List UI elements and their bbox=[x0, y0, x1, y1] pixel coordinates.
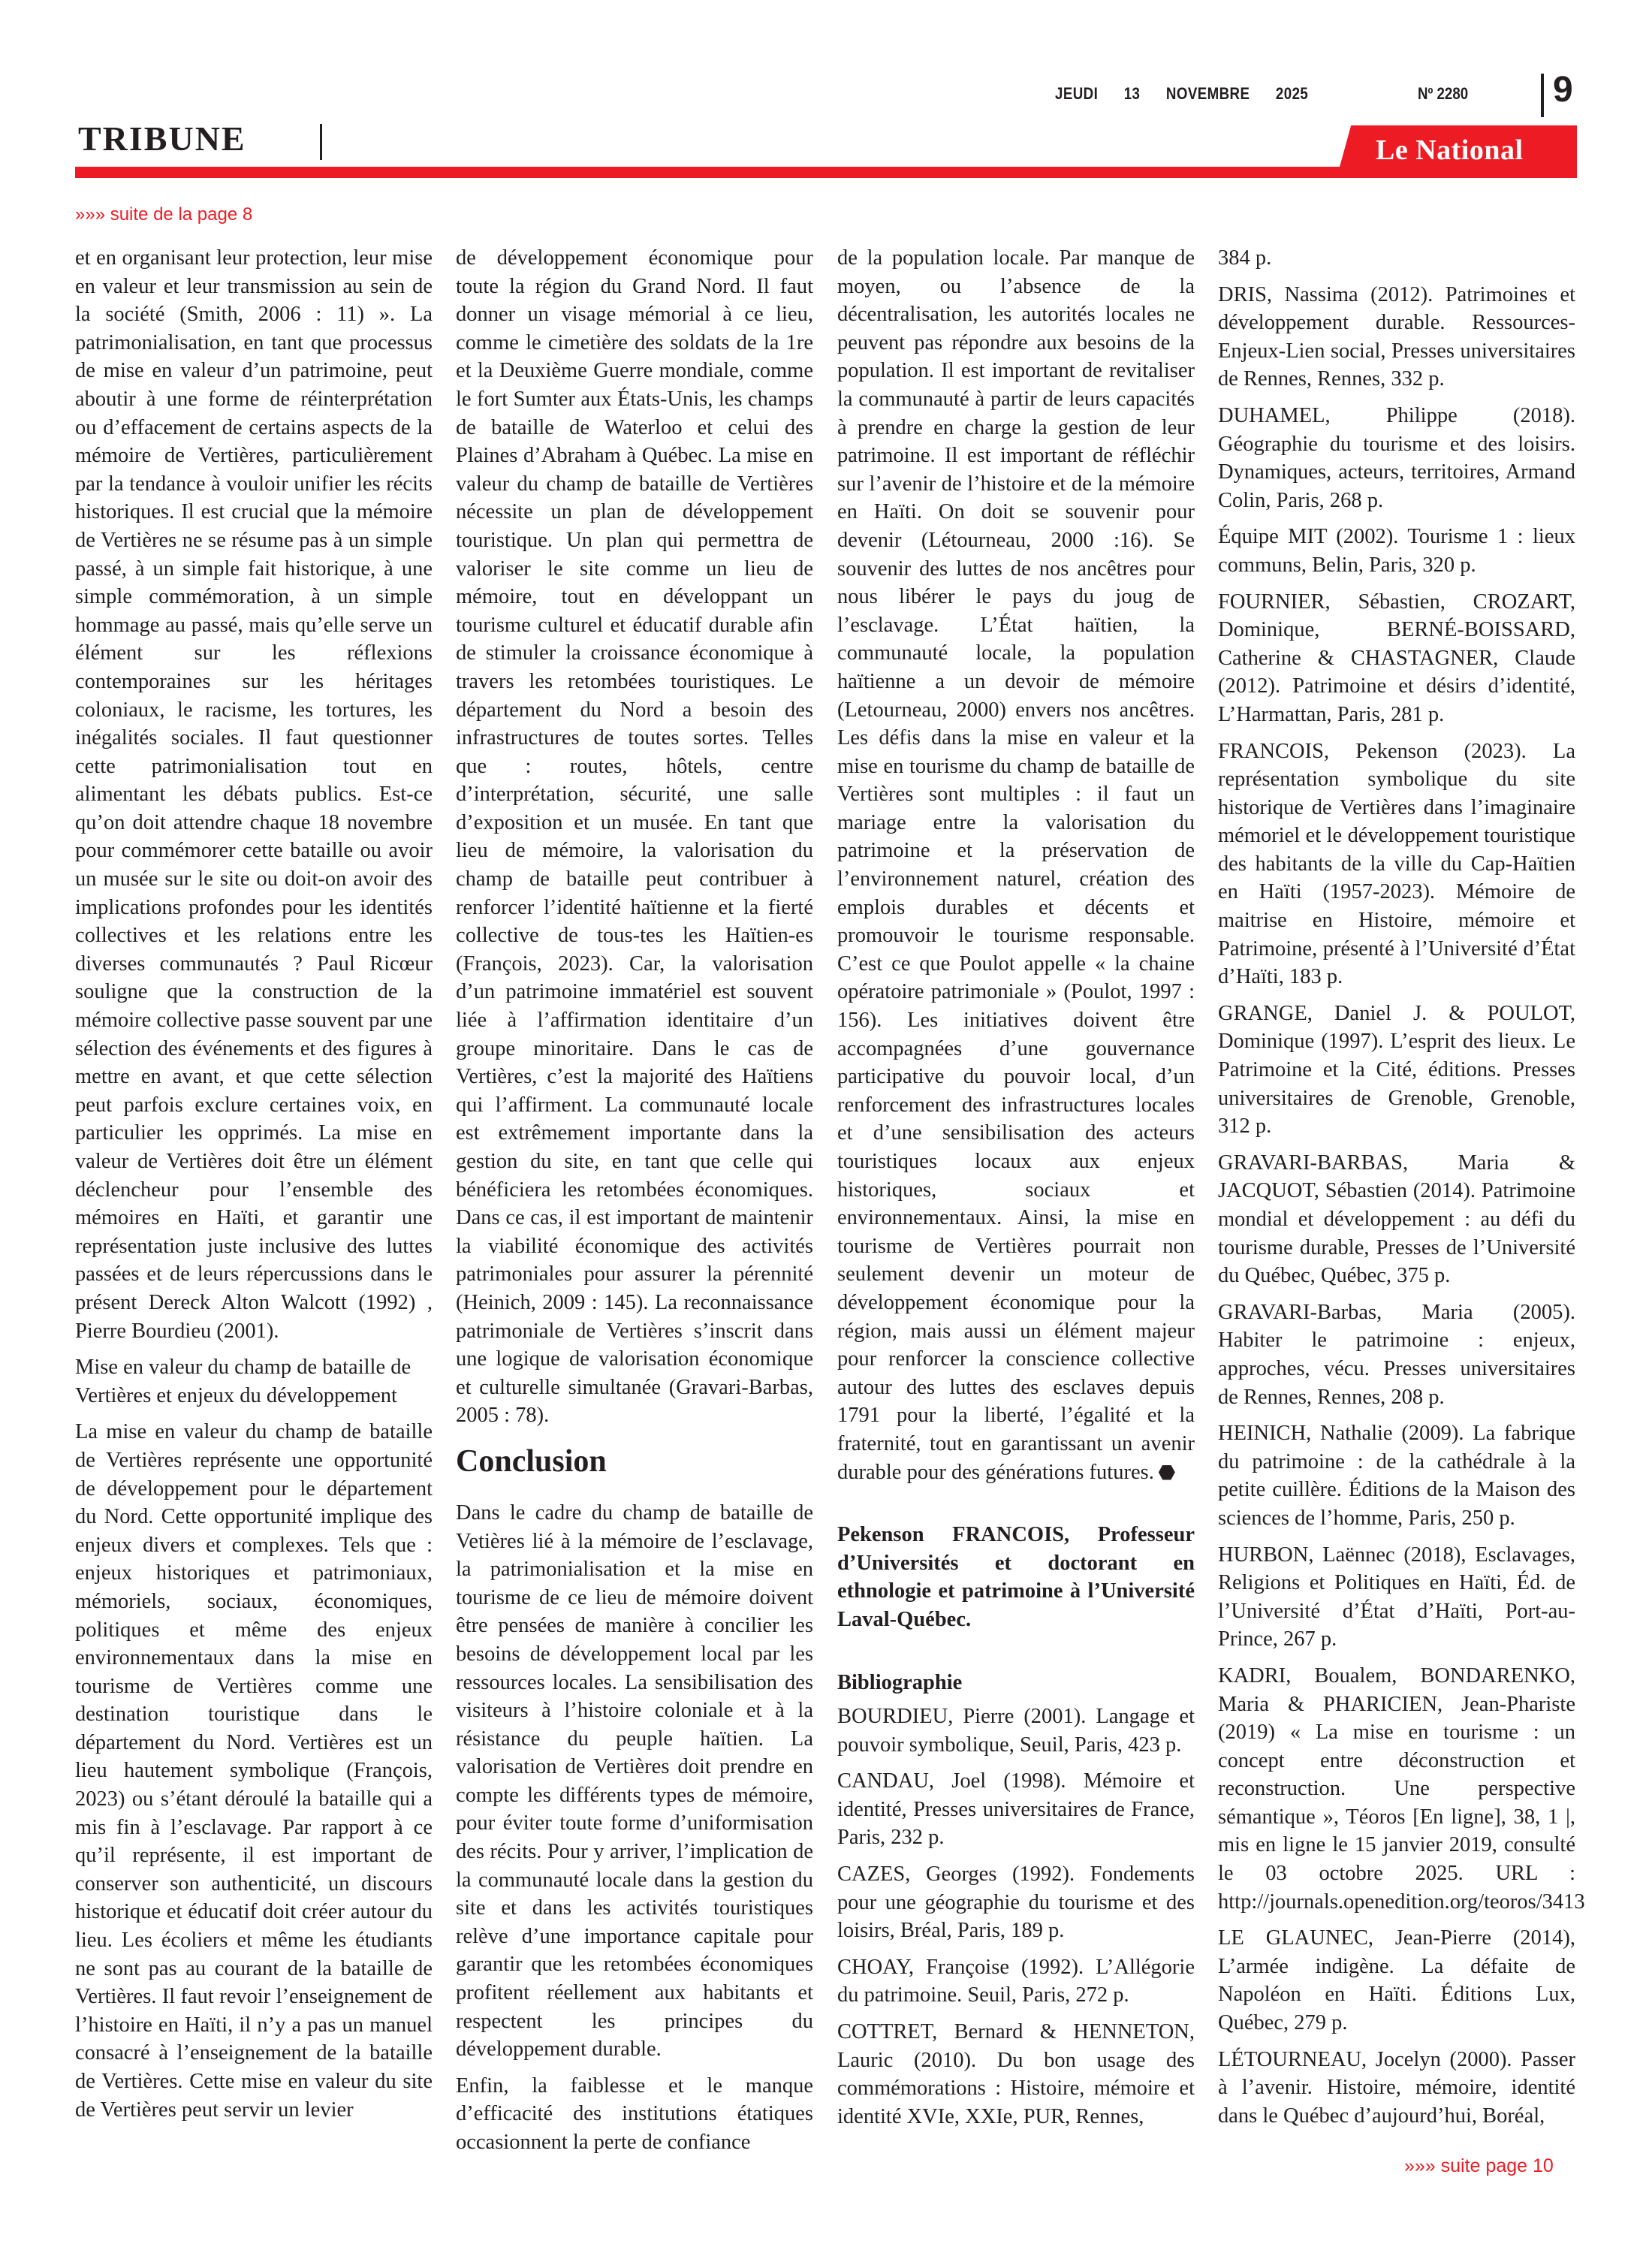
bibliography-entry: LE GLAUNEC, Jean-Pierre (2014), L’armée … bbox=[1218, 1924, 1575, 2037]
conclusion-heading: Conclusion bbox=[456, 1443, 813, 1479]
article-paragraph: Enfin, la faiblesse et le manque d’effic… bbox=[456, 2072, 813, 2157]
bibliography-entry: LÉTOURNEAU, Jocelyn (2000). Passer à l’a… bbox=[1218, 2046, 1575, 2131]
article-paragraph: et en organisant leur protection, leur m… bbox=[75, 244, 433, 1345]
bibliography-entry: FRANCOIS, Pekenson (2023). La représenta… bbox=[1218, 737, 1575, 991]
continued-from-link[interactable]: »»» suite de la page 8 bbox=[75, 204, 252, 225]
bibliography-entry: GRANGE, Daniel J. & POULOT, Dominique (1… bbox=[1218, 1000, 1575, 1141]
article-subheading: Mise en valeur du champ de bataille de V… bbox=[75, 1353, 433, 1410]
bibliography-entry: 384 p. bbox=[1218, 244, 1575, 273]
article-column-4: 384 p. DRIS, Nassima (2012). Patrimoines… bbox=[1218, 244, 1575, 2138]
article-paragraph: de la population locale. Par manque de m… bbox=[837, 244, 1195, 1486]
bibliography-entry: GRAVARI-BARBAS, Maria & JACQUOT, Sébasti… bbox=[1218, 1149, 1575, 1290]
article-paragraph: de développement économique pour toute l… bbox=[456, 244, 813, 1430]
issue-year: 2025 bbox=[1276, 84, 1308, 103]
page-number: 9 bbox=[1553, 69, 1573, 110]
continued-to-link[interactable]: »»» suite page 10 bbox=[1404, 2155, 1554, 2177]
bibliography-entry: FOURNIER, Sébastien, CROZART, Dominique,… bbox=[1218, 588, 1575, 729]
page-number-divider bbox=[1541, 74, 1544, 117]
article-column-3: de la population locale. Par manque de m… bbox=[837, 244, 1195, 2139]
bibliography-heading: Bibliographie bbox=[837, 1669, 1195, 1697]
end-of-article-icon bbox=[1159, 1465, 1175, 1480]
article-column-2: de développement économique pour toute l… bbox=[456, 244, 813, 2165]
bibliography-entry: CAZES, Georges (1992). Fondements pour u… bbox=[837, 1860, 1195, 1945]
bibliography-entry: HEINICH, Nathalie (2009). La fabrique du… bbox=[1218, 1419, 1575, 1532]
section-divider bbox=[320, 124, 322, 160]
bibliography-entry: COTTRET, Bernard & HENNETON, Lauric (201… bbox=[837, 2018, 1195, 2131]
issue-weekday: JEUDI bbox=[1055, 84, 1098, 103]
article-paragraph-text: de la population locale. Par manque de m… bbox=[837, 246, 1195, 1484]
bibliography-entry: CANDAU, Joel (1998). Mémoire et identité… bbox=[837, 1767, 1195, 1852]
bibliography-entry: DRIS, Nassima (2012). Patrimoines et dév… bbox=[1218, 281, 1575, 394]
bibliography-entry: DUHAMEL, Philippe (2018). Géographie du … bbox=[1218, 402, 1575, 514]
bibliography-entry: GRAVARI-Barbas, Maria (2005). Habiter le… bbox=[1218, 1298, 1575, 1411]
bibliography-entry: BOURDIEU, Pierre (2001). Langage et pouv… bbox=[837, 1703, 1195, 1759]
issue-date: JEUDI 13 NOVEMBRE 2025 bbox=[1055, 84, 1330, 104]
section-title: TRIBUNE bbox=[78, 119, 246, 158]
bibliography-entry: HURBON, Laënnec (2018), Esclavages, Reli… bbox=[1218, 1541, 1575, 1654]
article-column-1: et en organisant leur protection, leur m… bbox=[75, 244, 433, 2132]
issue-day: 13 bbox=[1124, 84, 1141, 103]
issue-month: NOVEMBRE bbox=[1166, 84, 1250, 103]
article-paragraph: Dans le cadre du champ de bataille de Ve… bbox=[456, 1499, 813, 2064]
author-bio: Pekenson FRANCOIS, Professeur d’Universi… bbox=[837, 1521, 1195, 1633]
bibliography-entry: KADRI, Boualem, BONDARENKO, Maria & PHAR… bbox=[1218, 1662, 1575, 1916]
bibliography-entry: Équipe MIT (2002). Tourisme 1 : lieux co… bbox=[1218, 523, 1575, 579]
issue-number: Nº 2280 bbox=[1418, 84, 1468, 104]
article-paragraph: La mise en valeur du champ de bataille d… bbox=[75, 1418, 433, 2124]
bibliography-entry: CHOAY, Françoise (1992). L’Allégorie du … bbox=[837, 1953, 1195, 2010]
newspaper-logo: Le National bbox=[1376, 134, 1524, 167]
